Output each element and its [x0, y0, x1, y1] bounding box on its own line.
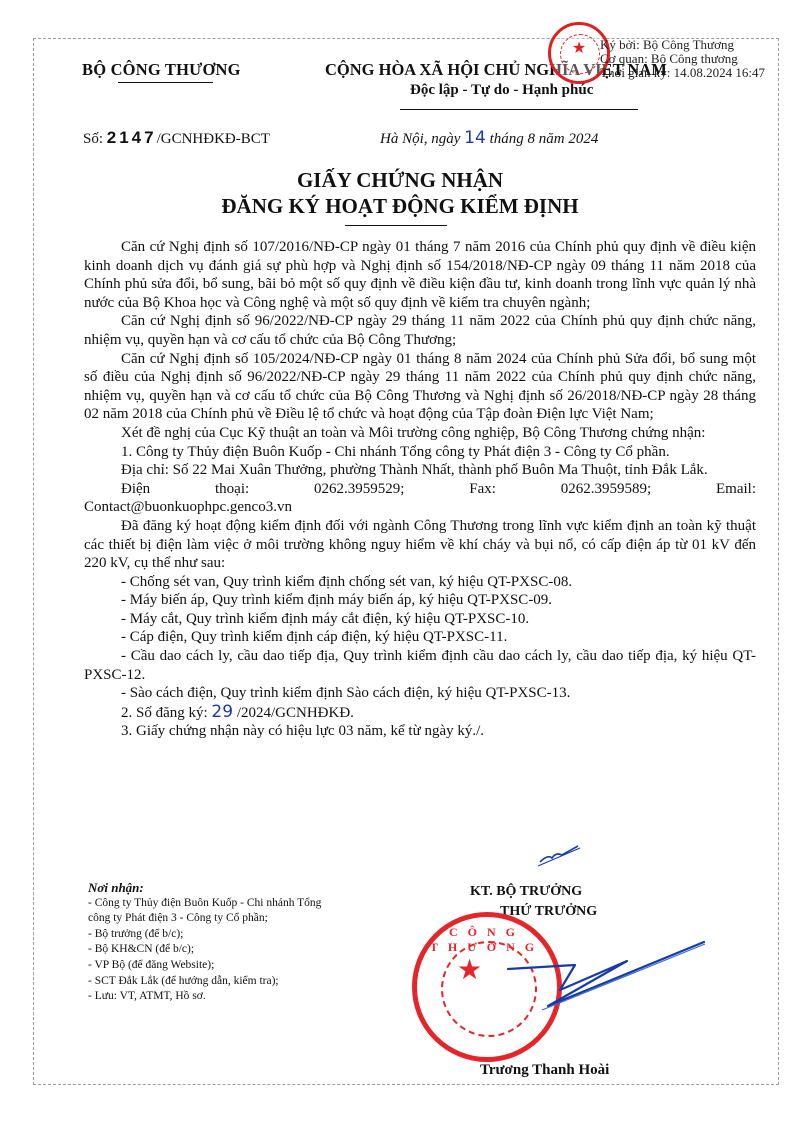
signer-name: Trương Thanh Hoài	[480, 1062, 609, 1079]
handwritten-signature	[0, 0, 800, 1130]
